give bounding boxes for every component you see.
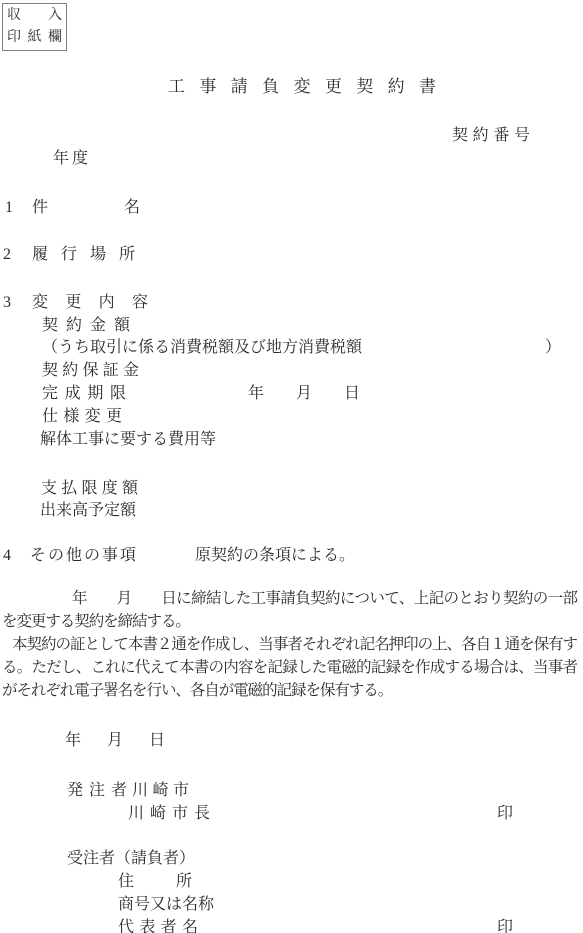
orderer-name: 川崎市 bbox=[132, 781, 189, 801]
completion-deadline-label: 完成期限 bbox=[42, 384, 126, 404]
item-3-label-changes: 変更内容 bbox=[32, 293, 148, 313]
item-4-value: 原契約の条項による。 bbox=[195, 546, 355, 566]
item-1-number: 1 bbox=[5, 198, 13, 218]
signature-date-placeholder: 年 月 日 bbox=[65, 731, 163, 751]
contract-deposit-label: 契約保証金 bbox=[42, 361, 139, 381]
contractor-address-label: 住所 bbox=[118, 872, 192, 892]
revenue-stamp-label-line2: 印紙欄 bbox=[7, 29, 62, 47]
revenue-stamp-box: 収入 印紙欄 bbox=[2, 3, 67, 51]
demolition-cost-label: 解体工事に要する費用等 bbox=[40, 430, 216, 450]
tax-note-close-paren: ） bbox=[545, 338, 561, 358]
contract-number-label: 契約番号 bbox=[452, 126, 530, 146]
body-paragraph-conclusion: 年 月 日に締結した工事請負契約について、上記のとおり契約の一部を変更する契約を… bbox=[2, 587, 577, 633]
item-1-label-subject: 件名 bbox=[32, 198, 140, 218]
orderer-signer-title: 川崎市長 bbox=[128, 804, 210, 824]
contract-amount-label: 契約金額 bbox=[42, 316, 130, 336]
orderer-role-label: 発注者 bbox=[67, 781, 127, 801]
fiscal-year-label: 年度 bbox=[53, 149, 88, 169]
document-title: 工事請負変更契約書 bbox=[168, 76, 436, 97]
contractor-representative-label: 代表者名 bbox=[118, 918, 198, 933]
item-3-number: 3 bbox=[3, 293, 11, 313]
progress-estimate-label: 出来高予定額 bbox=[40, 501, 136, 521]
body-paragraph-counterparts: 本契約の証として本書２通を作成し、当事者それぞれ記名押印の上、各自１通を保有する… bbox=[2, 633, 577, 703]
payment-limit-label: 支払限度額 bbox=[41, 479, 138, 499]
contractor-company-label: 商号又は名称 bbox=[118, 895, 214, 915]
item-4-number: 4 bbox=[3, 546, 11, 566]
completion-date-placeholder: 年 月 日 bbox=[248, 384, 360, 404]
orderer-seal-mark: 印 bbox=[497, 804, 513, 824]
contractor-role-label: 受注者（請負者） bbox=[67, 849, 195, 869]
item-2-number: 2 bbox=[3, 245, 11, 265]
contractor-seal-mark: 印 bbox=[497, 918, 513, 933]
revenue-stamp-label-line1: 収入 bbox=[7, 7, 62, 25]
spec-change-label: 仕様変更 bbox=[42, 407, 122, 427]
item-4-label-other: その他の事項 bbox=[30, 546, 136, 566]
contract-document-page: 収入 印紙欄 工事請負変更契約書 契約番号 年度 1 件名 2 履行場所 3 変… bbox=[0, 0, 583, 933]
tax-note-label: （うち取引に係る消費税額及び地方消費税額 bbox=[42, 338, 362, 358]
item-2-label-place: 履行場所 bbox=[32, 245, 135, 265]
